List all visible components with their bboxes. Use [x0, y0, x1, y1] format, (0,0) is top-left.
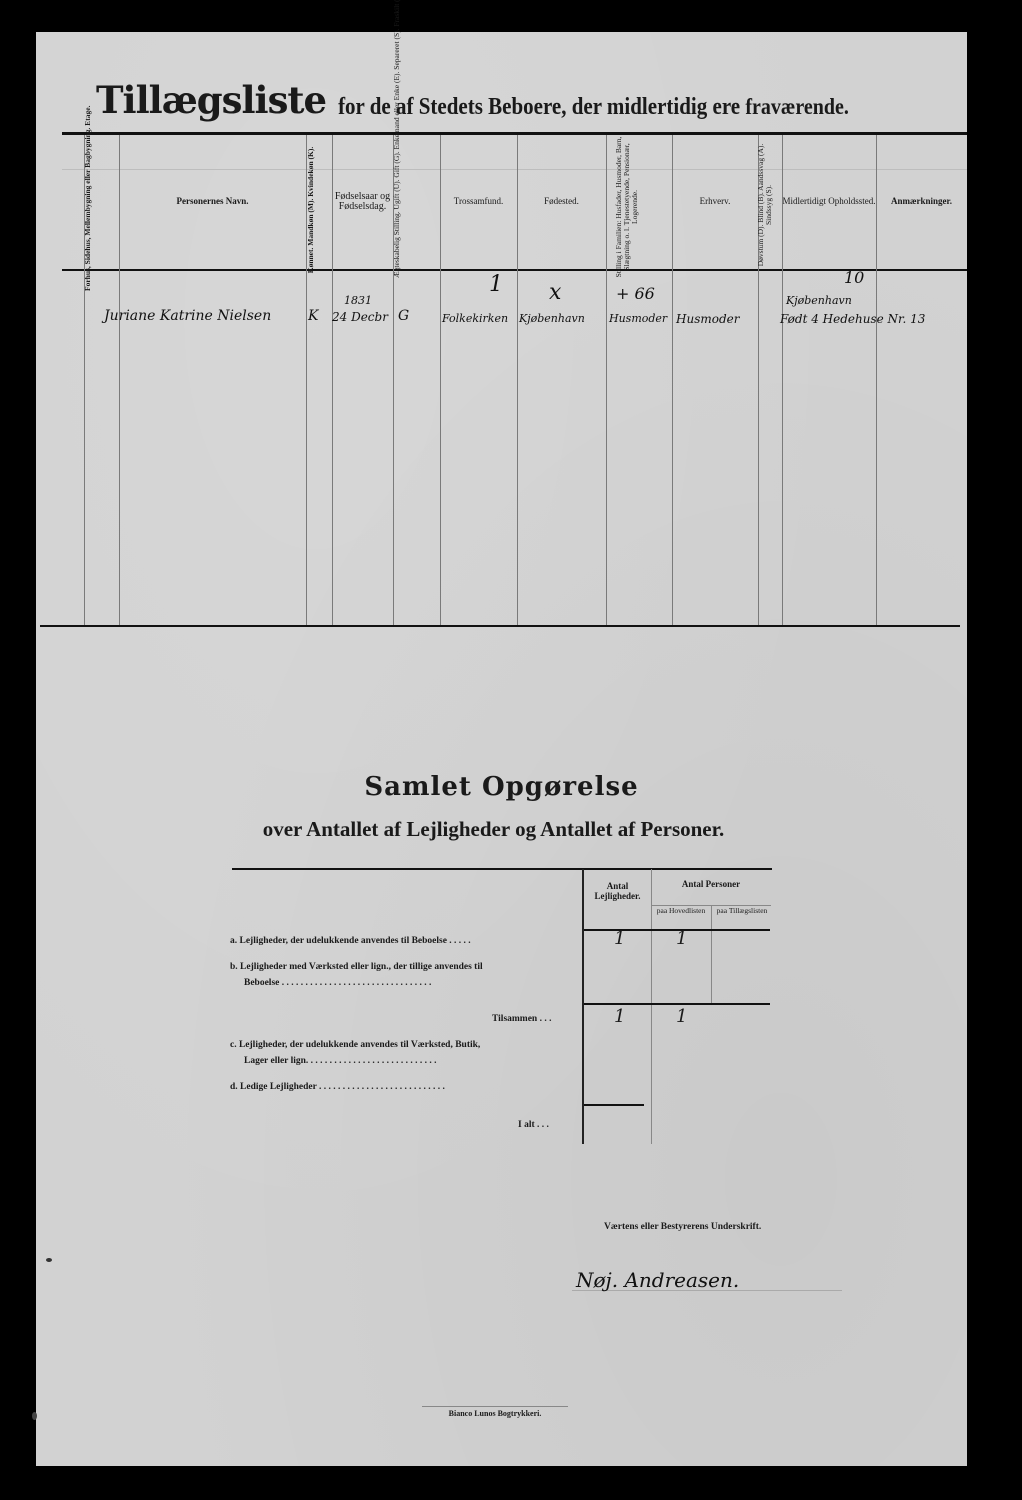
summary-total-rule — [584, 1104, 644, 1106]
summary-subtitle: over Antallet af Lejligheder og Antallet… — [28, 817, 959, 842]
col-header-sex: Kønnet. Mandkøn (M). Kvindekøn (K). — [307, 139, 331, 281]
col-header-name: Personernes Navn. — [119, 135, 306, 269]
census-form-page: Tillægsliste for de af Stedets Beboere, … — [36, 32, 967, 1466]
col-header-remarks: Anmærkninger. — [876, 135, 967, 269]
birthplace: Kjøbenhavn — [519, 312, 585, 325]
signature: Nøj. Andreasen. — [576, 1268, 739, 1292]
summary-col-rule — [582, 869, 584, 1144]
table-bottom-rule — [40, 625, 960, 627]
summary-subtotal-label: Tilsammen . . . — [492, 1014, 551, 1024]
col-header-family-position: Stilling i Familien: Husfader, Husmoder,… — [615, 133, 665, 281]
birthplace-mark: x — [549, 280, 561, 305]
col-header-temp-residence: Midlertidigt Opholdssted. — [782, 135, 876, 269]
form-title: Tillægsliste for de af Stedets Beboere, … — [96, 78, 849, 122]
col-header-marital: Ægteskabelig Stilling. Ugift (U). Gift (… — [393, 136, 437, 278]
signature-caption: Værtens eller Bestyrerens Underskrift. — [604, 1222, 761, 1232]
table-header-rule — [62, 269, 967, 271]
form-title-subtitle: for de af Stedets Beboere, der midlertid… — [338, 92, 849, 121]
summary-col-rule — [711, 905, 712, 1005]
summary-title: Samlet Opgørelse — [36, 772, 967, 802]
col-header-religion: Trossamfund. — [440, 135, 517, 269]
summary-row-c-label: c. Lejligheder, der udelukkende anvendes… — [230, 1040, 480, 1050]
summary-header-supplement-list: paa Tillægslisten — [713, 907, 771, 915]
col-header-birth: Fødselsaar og Fødselsdag. — [332, 135, 393, 269]
marital-status: G — [398, 308, 409, 324]
person-sex: K — [308, 308, 318, 324]
ink-speck — [46, 1258, 52, 1262]
temp-residence: Født 4 Hedehuse Nr. 13 — [780, 312, 925, 326]
temp-residence-city: Kjøbenhavn — [786, 294, 852, 307]
temp-residence-mark: 10 — [844, 268, 864, 287]
summary-header-main-list: paa Hovedlisten — [653, 907, 709, 915]
religion: Folkekirken — [442, 312, 508, 325]
birth-year: 1831 — [344, 294, 372, 307]
summary-subtotal-main-list: 1 — [676, 1006, 687, 1027]
summary-subtotal-apartments: 1 — [614, 1006, 625, 1027]
summary-header-apartments: Antal Lejligheder. — [584, 882, 651, 902]
form-title-emphasis: fraværende. — [745, 94, 849, 119]
col-header-occupation: Erhverv. — [672, 135, 758, 269]
summary-row-b-label-cont: Beboelse . . . . . . . . . . . . . . . .… — [244, 978, 431, 988]
printer-imprint: Bianco Lunos Bogtrykkeri. — [422, 1409, 568, 1418]
summary-row-a-apartments: 1 — [614, 928, 625, 949]
person-name: Juriane Katrine Nielsen — [104, 308, 271, 324]
summary-top-rule — [232, 868, 772, 870]
summary-row-d-label: d. Ledige Lejligheder . . . . . . . . . … — [230, 1082, 445, 1092]
summary-row-a-label: a. Lejligheder, der udelukkende anvendes… — [230, 936, 471, 946]
form-title-main: Tillægsliste — [96, 78, 326, 122]
family-mark: + 66 — [616, 284, 655, 303]
summary-row-b-label: b. Lejligheder med Værksted eller lign.,… — [230, 962, 483, 972]
summary-header-persons: Antal Personer — [651, 880, 771, 890]
printer-rule — [422, 1406, 568, 1407]
summary-row-c-label-cont: Lager eller lign. . . . . . . . . . . . … — [244, 1056, 437, 1066]
col-header-birthplace: Fødested. — [517, 135, 606, 269]
ink-speck — [32, 1412, 37, 1420]
summary-col-rule — [651, 869, 652, 1144]
occupation: Husmoder — [676, 312, 739, 326]
birth-day: 24 Decbr — [332, 310, 388, 324]
religion-mark: 1 — [489, 272, 503, 297]
col-divider — [606, 135, 607, 625]
summary-subtotal-rule — [584, 1003, 770, 1005]
col-header-disability: Døvstum (D). Blind (B). Aandssvag (A). S… — [757, 135, 783, 275]
col-header-building: Forhus, Sidehus, Mellembygning eller Bag… — [84, 123, 120, 291]
family-position: Husmoder — [609, 312, 667, 325]
summary-total-label: I alt . . . — [518, 1120, 549, 1130]
summary-row-a-main-list: 1 — [676, 928, 687, 949]
